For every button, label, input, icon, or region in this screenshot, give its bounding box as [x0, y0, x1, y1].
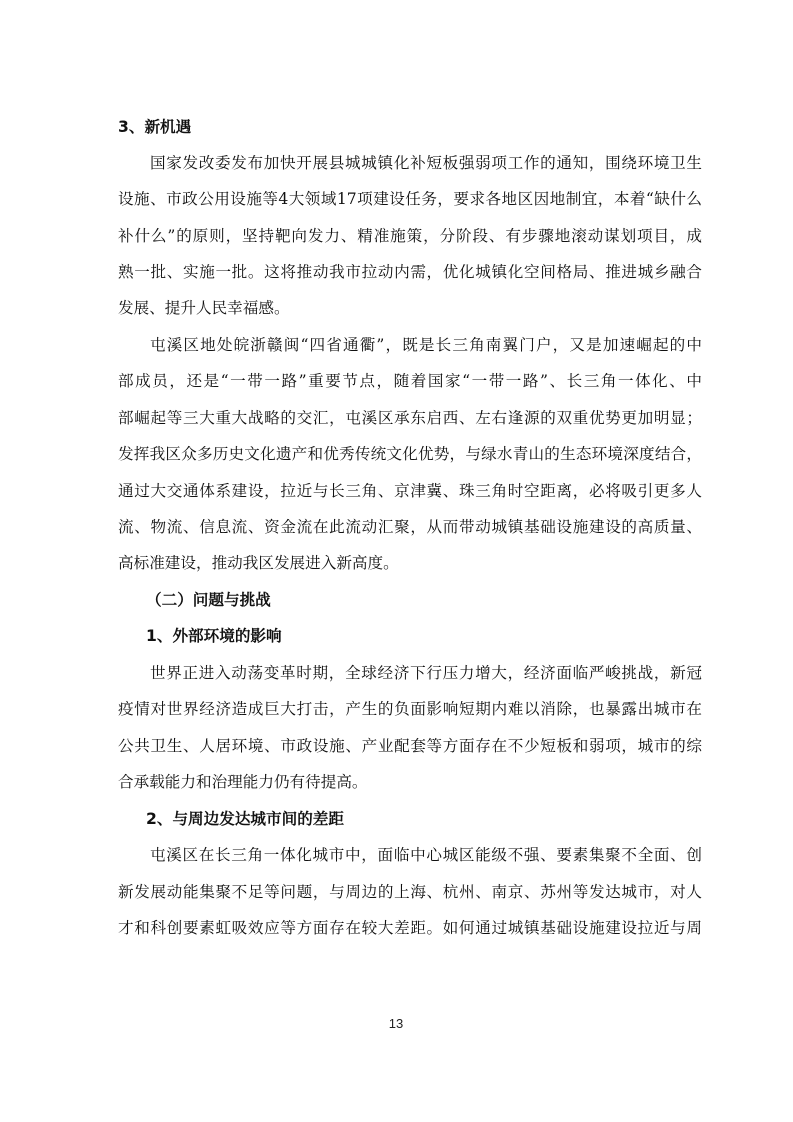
paragraph-line: 屯溪区地处皖浙赣闽“四省通衢”，既是长三角南翼门户，又是加速崛起的中	[150, 333, 702, 357]
paragraph-line: 部成员，还是“一带一路”重要节点，随着国家“一带一路”、长三角一体化、中	[118, 369, 702, 393]
paragraph-line: 合承载能力和治理能力仍有待提高。	[118, 770, 702, 794]
paragraph-line: 国家发改委发布加快开展县城城镇化补短板强弱项工作的通知，围绕环境卫生	[150, 151, 702, 175]
section-heading-new-opportunities: 3、新机遇	[118, 115, 191, 139]
paragraph-line: 发挥我区众多历史文化遗产和优秀传统文化优势，与绿水青山的生态环境深度结合，	[118, 442, 702, 466]
paragraph-line: 发展、提升人民幸福感。	[118, 296, 702, 320]
paragraph-line: 流、物流、信息流、资金流在此流动汇聚，从而带动城镇基础设施建设的高质量、	[118, 515, 702, 539]
paragraph-line: 高标准建设，推动我区发展进入新高度。	[118, 551, 702, 575]
document-page: 3、新机遇 国家发改委发布加快开展县城城镇化补短板强弱项工作的通知，围绕环境卫生…	[0, 0, 793, 1122]
paragraph-line: 公共卫生、人居环境、市政设施、产业配套等方面存在不少短板和弱项，城市的综	[118, 734, 702, 758]
paragraph-line: 才和科创要素虹吸效应等方面存在较大差距。如何通过城镇基础设施建设拉近与周	[118, 916, 702, 940]
paragraph-line: 新发展动能集聚不足等问题，与周边的上海、杭州、南京、苏州等发达城市，对人	[118, 880, 702, 904]
section-heading-problems-challenges: （二）问题与挑战	[146, 588, 271, 612]
page-number: 13	[376, 1016, 416, 1031]
paragraph-line: 部崛起等三大重大战略的交汇，屯溪区承东启西、左右逢源的双重优势更加明显；	[118, 406, 702, 430]
paragraph-line: 疫情对世界经济造成巨大打击，产生的负面影响短期内难以消除，也暴露出城市在	[118, 697, 702, 721]
paragraph-line: 通过大交通体系建设，拉近与长三角、京津冀、珠三角时空距离，必将吸引更多人	[118, 479, 702, 503]
subsection-heading-gap-with-cities: 2、与周边发达城市间的差距	[146, 807, 344, 831]
paragraph-line: 屯溪区在长三角一体化城市中，面临中心城区能级不强、要素集聚不全面、创	[150, 843, 702, 867]
subsection-heading-external-environment: 1、外部环境的影响	[146, 624, 282, 648]
paragraph-line: 补什么”的原则，坚持靶向发力、精准施策，分阶段、有步骤地滚动谋划项目，成	[118, 224, 702, 248]
paragraph-line: 设施、市政公用设施等4大领域17项建设任务，要求各地区因地制宜，本着“缺什么	[118, 187, 702, 211]
paragraph-line: 熟一批、实施一批。这将推动我市拉动内需，优化城镇化空间格局、推进城乡融合	[118, 260, 702, 284]
paragraph-line: 世界正进入动荡变革时期，全球经济下行压力增大，经济面临严峻挑战，新冠	[150, 661, 702, 685]
